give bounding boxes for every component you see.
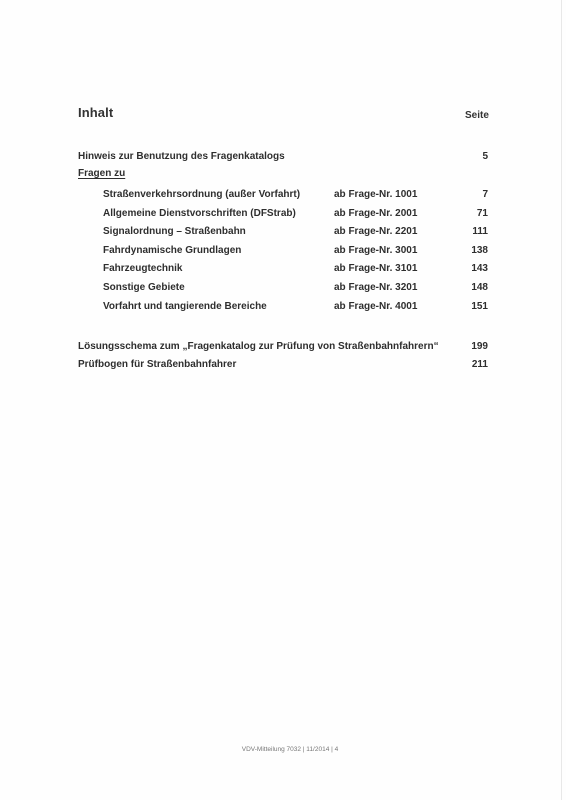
toc-entry-ref: ab Frage-Nr. 3201 (334, 282, 417, 293)
toc-entry-appendix: Prüfbogen für Straßenbahnfahrer 211 (78, 359, 488, 375)
toc-entry-label: Allgemeine Dienstvorschriften (DFStrab) (103, 208, 296, 219)
toc-entry-label: Signalordnung – Straßenbahn (103, 226, 246, 237)
page-edge (561, 0, 562, 800)
page-footer: VDV-Mitteilung 7032 | 11/2014 | 4 (0, 746, 566, 753)
toc-entry: Straßenverkehrsordnung (außer Vorfahrt) … (78, 189, 488, 205)
toc-entry: Fahrzeugtechnik ab Frage-Nr. 3101 143 (78, 263, 488, 279)
page-column-label: Seite (465, 110, 489, 121)
toc-entry-page: 211 (472, 359, 488, 370)
toc-entry-page: 143 (471, 263, 488, 274)
toc-title: Inhalt (78, 105, 113, 120)
toc-entry: Vorfahrt und tangierende Bereiche ab Fra… (78, 301, 488, 317)
toc-entry-page: 111 (472, 226, 488, 237)
toc-entry: Sonstige Gebiete ab Frage-Nr. 3201 148 (78, 282, 488, 298)
toc-entry-ref: ab Frage-Nr. 3101 (334, 263, 417, 274)
toc-entry-appendix: Lösungsschema zum „Fragenkatalog zur Prü… (78, 341, 488, 357)
toc-entry-label: Straßenverkehrsordnung (außer Vorfahrt) (103, 189, 300, 200)
toc-entry-label: Sonstige Gebiete (103, 282, 185, 293)
document-page: Inhalt Seite Hinweis zur Benutzung des F… (0, 0, 566, 800)
toc-entry-ref: ab Frage-Nr. 1001 (334, 189, 417, 200)
toc-entry-label: Lösungsschema zum „Fragenkatalog zur Prü… (78, 341, 439, 352)
section-label: Fragen zu (78, 168, 125, 179)
toc-entry-label: Prüfbogen für Straßenbahnfahrer (78, 359, 236, 370)
toc-entry: Fahrdynamische Grundlagen ab Frage-Nr. 3… (78, 245, 488, 261)
toc-entry-page: 138 (471, 245, 488, 256)
toc-entry-label: Fahrzeugtechnik (103, 263, 182, 274)
toc-entry-page: 71 (477, 208, 488, 219)
toc-entry-ref: ab Frage-Nr. 3001 (334, 245, 417, 256)
toc-entry-page: 5 (482, 151, 488, 162)
toc-entry-intro: Hinweis zur Benutzung des Fragenkatalogs… (78, 151, 488, 167)
toc-entry-label: Vorfahrt und tangierende Bereiche (103, 301, 267, 312)
toc-entry-label: Hinweis zur Benutzung des Fragenkatalogs (78, 151, 285, 162)
toc-entry-label: Fahrdynamische Grundlagen (103, 245, 241, 256)
toc-entry-page: 148 (471, 282, 488, 293)
toc-entry-page: 7 (482, 189, 488, 200)
toc-entry: Signalordnung – Straßenbahn ab Frage-Nr.… (78, 226, 488, 242)
toc-entry-page: 151 (471, 301, 488, 312)
toc-entry: Allgemeine Dienstvorschriften (DFStrab) … (78, 208, 488, 224)
toc-entry-ref: ab Frage-Nr. 2001 (334, 208, 417, 219)
toc-entry-ref: ab Frage-Nr. 4001 (334, 301, 417, 312)
toc-entry-page: 199 (471, 341, 488, 352)
toc-entry-ref: ab Frage-Nr. 2201 (334, 226, 417, 237)
